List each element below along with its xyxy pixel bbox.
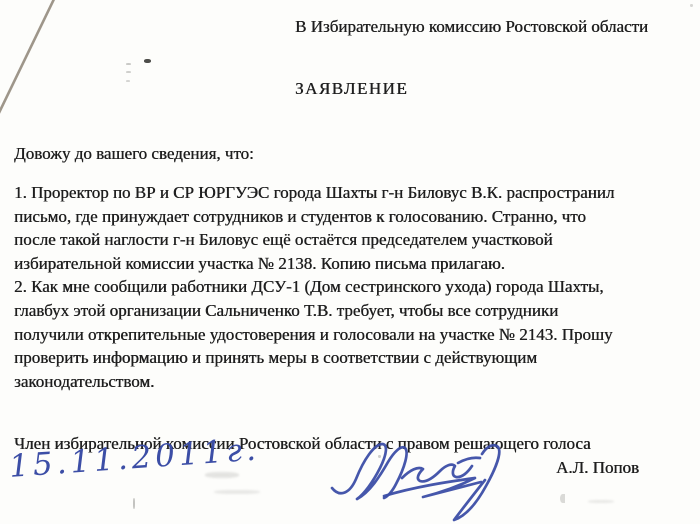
scan-smudge: [214, 490, 260, 494]
document-title: ЗАЯВЛЕНИЕ: [295, 77, 408, 101]
paragraph-2: 2. Как мне сообщили работники ДСУ-1 (Дом…: [14, 275, 686, 393]
paragraph-1: 1. Проректор по ВР и СР ЮРГУЭС города Ша…: [14, 181, 686, 275]
signer-name: А.Л. Попов: [556, 456, 639, 480]
scan-speck: [126, 80, 130, 82]
scanned-document-page: В Избирательную комиссию Ростовской обла…: [0, 0, 700, 524]
fold-line: [0, 0, 62, 120]
scan-speck: [133, 498, 135, 509]
scan-smudge: [588, 500, 614, 503]
scan-speck: [126, 63, 131, 65]
signature-ink: [322, 436, 522, 524]
intro-line: Довожу до вашего сведения, что:: [14, 142, 254, 166]
scan-speck: [690, 4, 693, 7]
recipient-line: В Избирательную комиссию Ростовской обла…: [295, 15, 648, 39]
scan-smudge: [205, 472, 239, 478]
scan-smudge: [560, 494, 565, 503]
scan-speck: [126, 71, 131, 73]
scan-speck: [144, 59, 151, 63]
